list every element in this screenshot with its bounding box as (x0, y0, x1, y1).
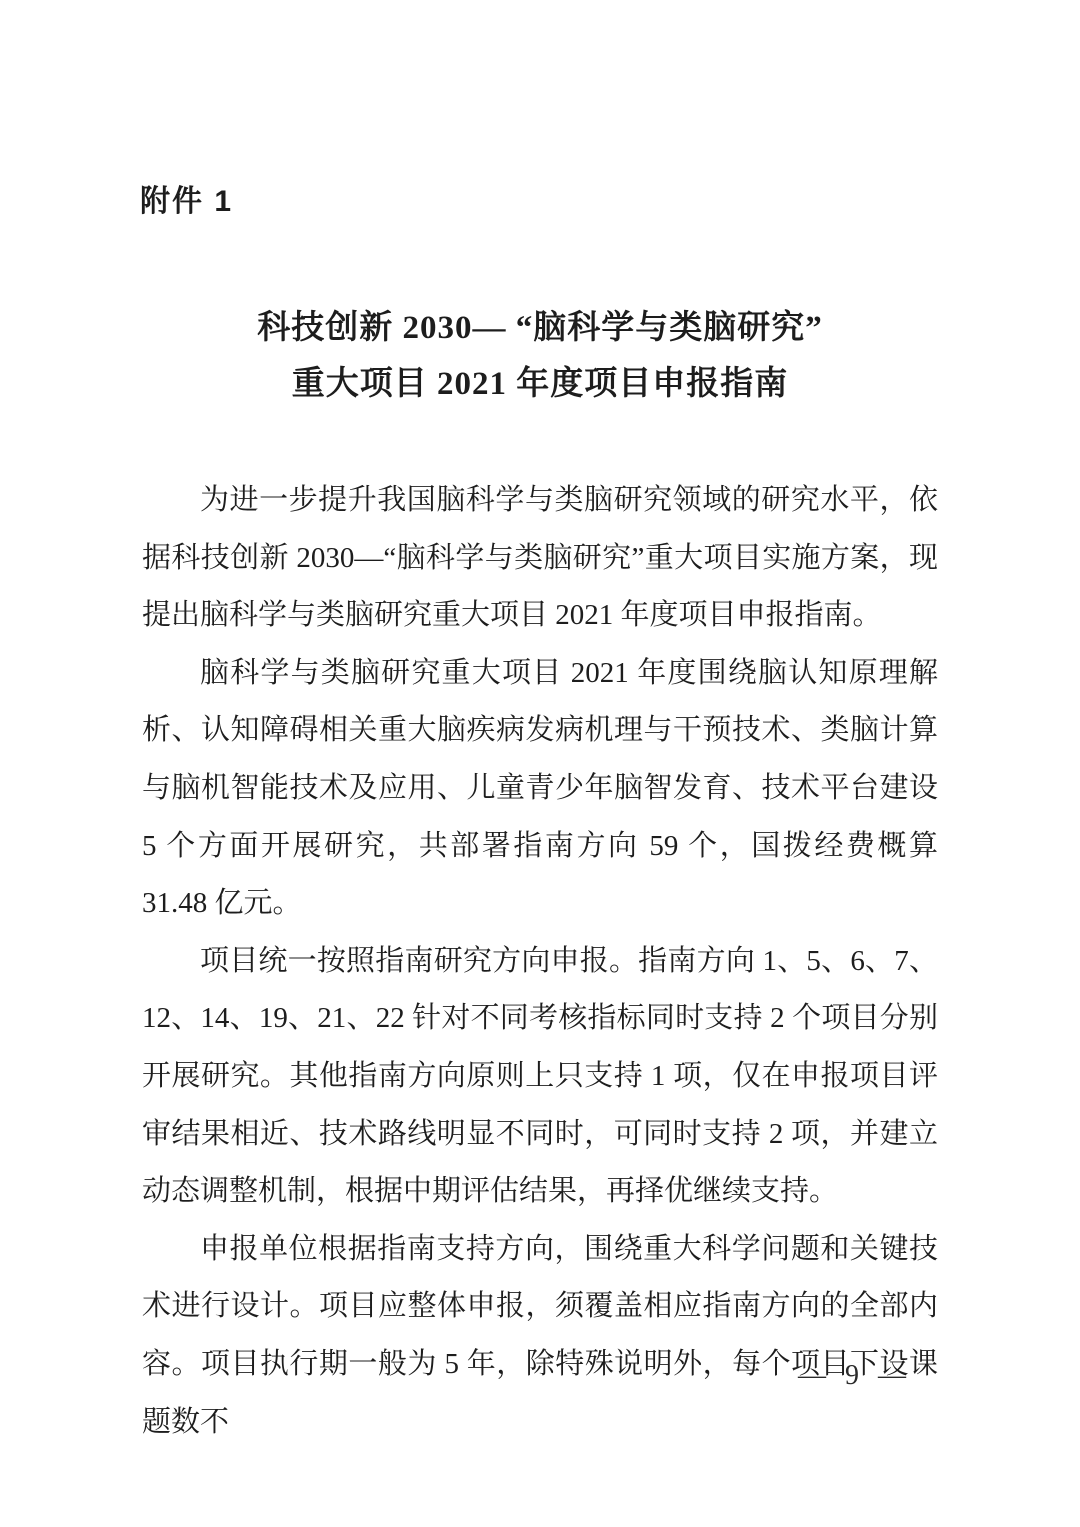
paragraph-2: 脑科学与类脑研究重大项目 2021 年度围绕脑认知原理解析、认知障碍相关重大脑疾… (142, 645, 938, 933)
document-title: 科技创新 2030— “脑科学与类脑研究” 重大项目 2021 年度项目申报指南 (140, 300, 940, 412)
document-page: 附件 1 科技创新 2030— “脑科学与类脑研究” 重大项目 2021 年度项… (0, 0, 1080, 1527)
paragraph-3: 项目统一按照指南研究方向申报。指南方向 1、5、6、7、12、14、19、21、… (142, 933, 938, 1221)
page-number: — 9 — (798, 1360, 912, 1392)
title-line-1: 科技创新 2030— “脑科学与类脑研究” (140, 300, 940, 356)
document-body: 为进一步提升我国脑科学与类脑研究领域的研究水平，依据科技创新 2030—“脑科学… (142, 472, 938, 1451)
paragraph-4: 申报单位根据指南支持方向，围绕重大科学问题和关键技术进行设计。项目应整体申报，须… (142, 1221, 938, 1451)
paragraph-1: 为进一步提升我国脑科学与类脑研究领域的研究水平，依据科技创新 2030—“脑科学… (142, 472, 938, 645)
title-line-2: 重大项目 2021 年度项目申报指南 (140, 356, 940, 412)
attachment-label: 附件 1 (0, 0, 1080, 220)
